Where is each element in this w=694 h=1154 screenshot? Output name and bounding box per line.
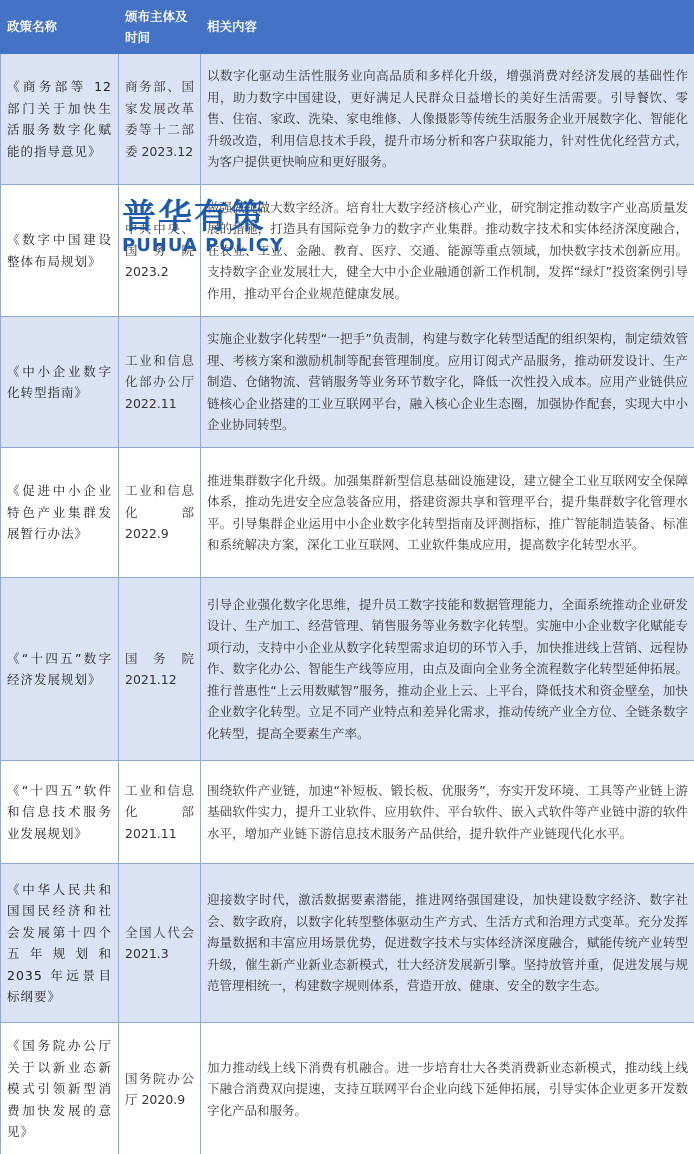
policy-content: 加力推动线上线下消费有机融合。进一步培育壮大各类消费新业态新模式，推动线上线下融… (201, 1023, 694, 1154)
table-row: 《商务部等 12 部门关于加快生活服务数字化赋能的指导意见》 商务部、国家发展改… (1, 54, 694, 185)
table-row: 《“十四五”软件和信息技术服务业发展规划》 工业和信息化部 2021.11 围绕… (1, 761, 694, 864)
table-row: 《中华人民共和国国民经济和社会发展第十四个五年规划和 2035 年远景目标纲要》… (1, 864, 694, 1023)
policy-name: 《“十四五”软件和信息技术服务业发展规划》 (1, 761, 119, 864)
policy-table: 政策名称 颁布主体及时间 相关内容 《商务部等 12 部门关于加快生活服务数字化… (0, 0, 694, 1154)
policy-issuer: 全国人代会 2021.3 (119, 864, 201, 1023)
table-row: 《数字中国建设整体布局规划》 中共中央、国务院 2023.2 做强做优做大数字经… (1, 185, 694, 317)
policy-issuer: 国务院办公厅 2020.9 (119, 1023, 201, 1154)
policy-issuer: 商务部、国家发展改革委等十二部委 2023.12 (119, 54, 201, 185)
table-row: 《“十四五”数字经济发展规划》 国务院 2021.12 引导企业强化数字化思维，… (1, 578, 694, 761)
policy-name: 《数字中国建设整体布局规划》 (1, 185, 119, 317)
policy-name: 《商务部等 12 部门关于加快生活服务数字化赋能的指导意见》 (1, 54, 119, 185)
table-row: 《国务院办公厅关于以新业态新模式引领新型消费加快发展的意见》 国务院办公厅 20… (1, 1023, 694, 1154)
policy-name: 《“十四五”数字经济发展规划》 (1, 578, 119, 761)
policy-issuer: 工业和信息化部办公厅 2022.11 (119, 317, 201, 448)
policy-content: 推进集群数字化升级。加强集群新型信息基础设施建设，建立健全工业互联网安全保障体系… (201, 448, 694, 578)
policy-content: 做强做优做大数字经济。培育壮大数字经济核心产业，研究制定推动数字产业高质量发展的… (201, 185, 694, 317)
policy-issuer: 工业和信息化部 2021.11 (119, 761, 201, 864)
policy-name: 《中小企业数字化转型指南》 (1, 317, 119, 448)
policy-content: 实施企业数字化转型“一把手”负责制，构建与数字化转型适配的组织架构，制定绩效管理… (201, 317, 694, 448)
table-row: 《中小企业数字化转型指南》 工业和信息化部办公厅 2022.11 实施企业数字化… (1, 317, 694, 448)
policy-name: 《中华人民共和国国民经济和社会发展第十四个五年规划和 2035 年远景目标纲要》 (1, 864, 119, 1023)
policy-name: 《国务院办公厅关于以新业态新模式引领新型消费加快发展的意见》 (1, 1023, 119, 1154)
policy-issuer: 国务院 2021.12 (119, 578, 201, 761)
policy-name: 《促进中小企业特色产业集群发展暂行办法》 (1, 448, 119, 578)
policy-content: 以数字化驱动生活性服务业向高品质和多样化升级，增强消费对经济发展的基础性作用，助… (201, 54, 694, 185)
policy-content: 围绕软件产业链，加速“补短板、锻长板、优服务”，夯实开发环境、工具等产业链上游基… (201, 761, 694, 864)
header-content: 相关内容 (201, 1, 694, 54)
policy-content: 引导企业强化数字化思维，提升员工数字技能和数据管理能力，全面系统推动企业研发设计… (201, 578, 694, 761)
policy-issuer: 工业和信息化部 2022.9 (119, 448, 201, 578)
table-header-row: 政策名称 颁布主体及时间 相关内容 (1, 1, 694, 54)
policy-issuer: 中共中央、国务院 2023.2 (119, 185, 201, 317)
table-row: 《促进中小企业特色产业集群发展暂行办法》 工业和信息化部 2022.9 推进集群… (1, 448, 694, 578)
header-policy-name: 政策名称 (1, 1, 119, 54)
policy-content: 迎接数字时代，激活数据要素潜能，推进网络强国建设，加快建设数字经济、数字社会、数… (201, 864, 694, 1023)
header-issuer-date: 颁布主体及时间 (119, 1, 201, 54)
